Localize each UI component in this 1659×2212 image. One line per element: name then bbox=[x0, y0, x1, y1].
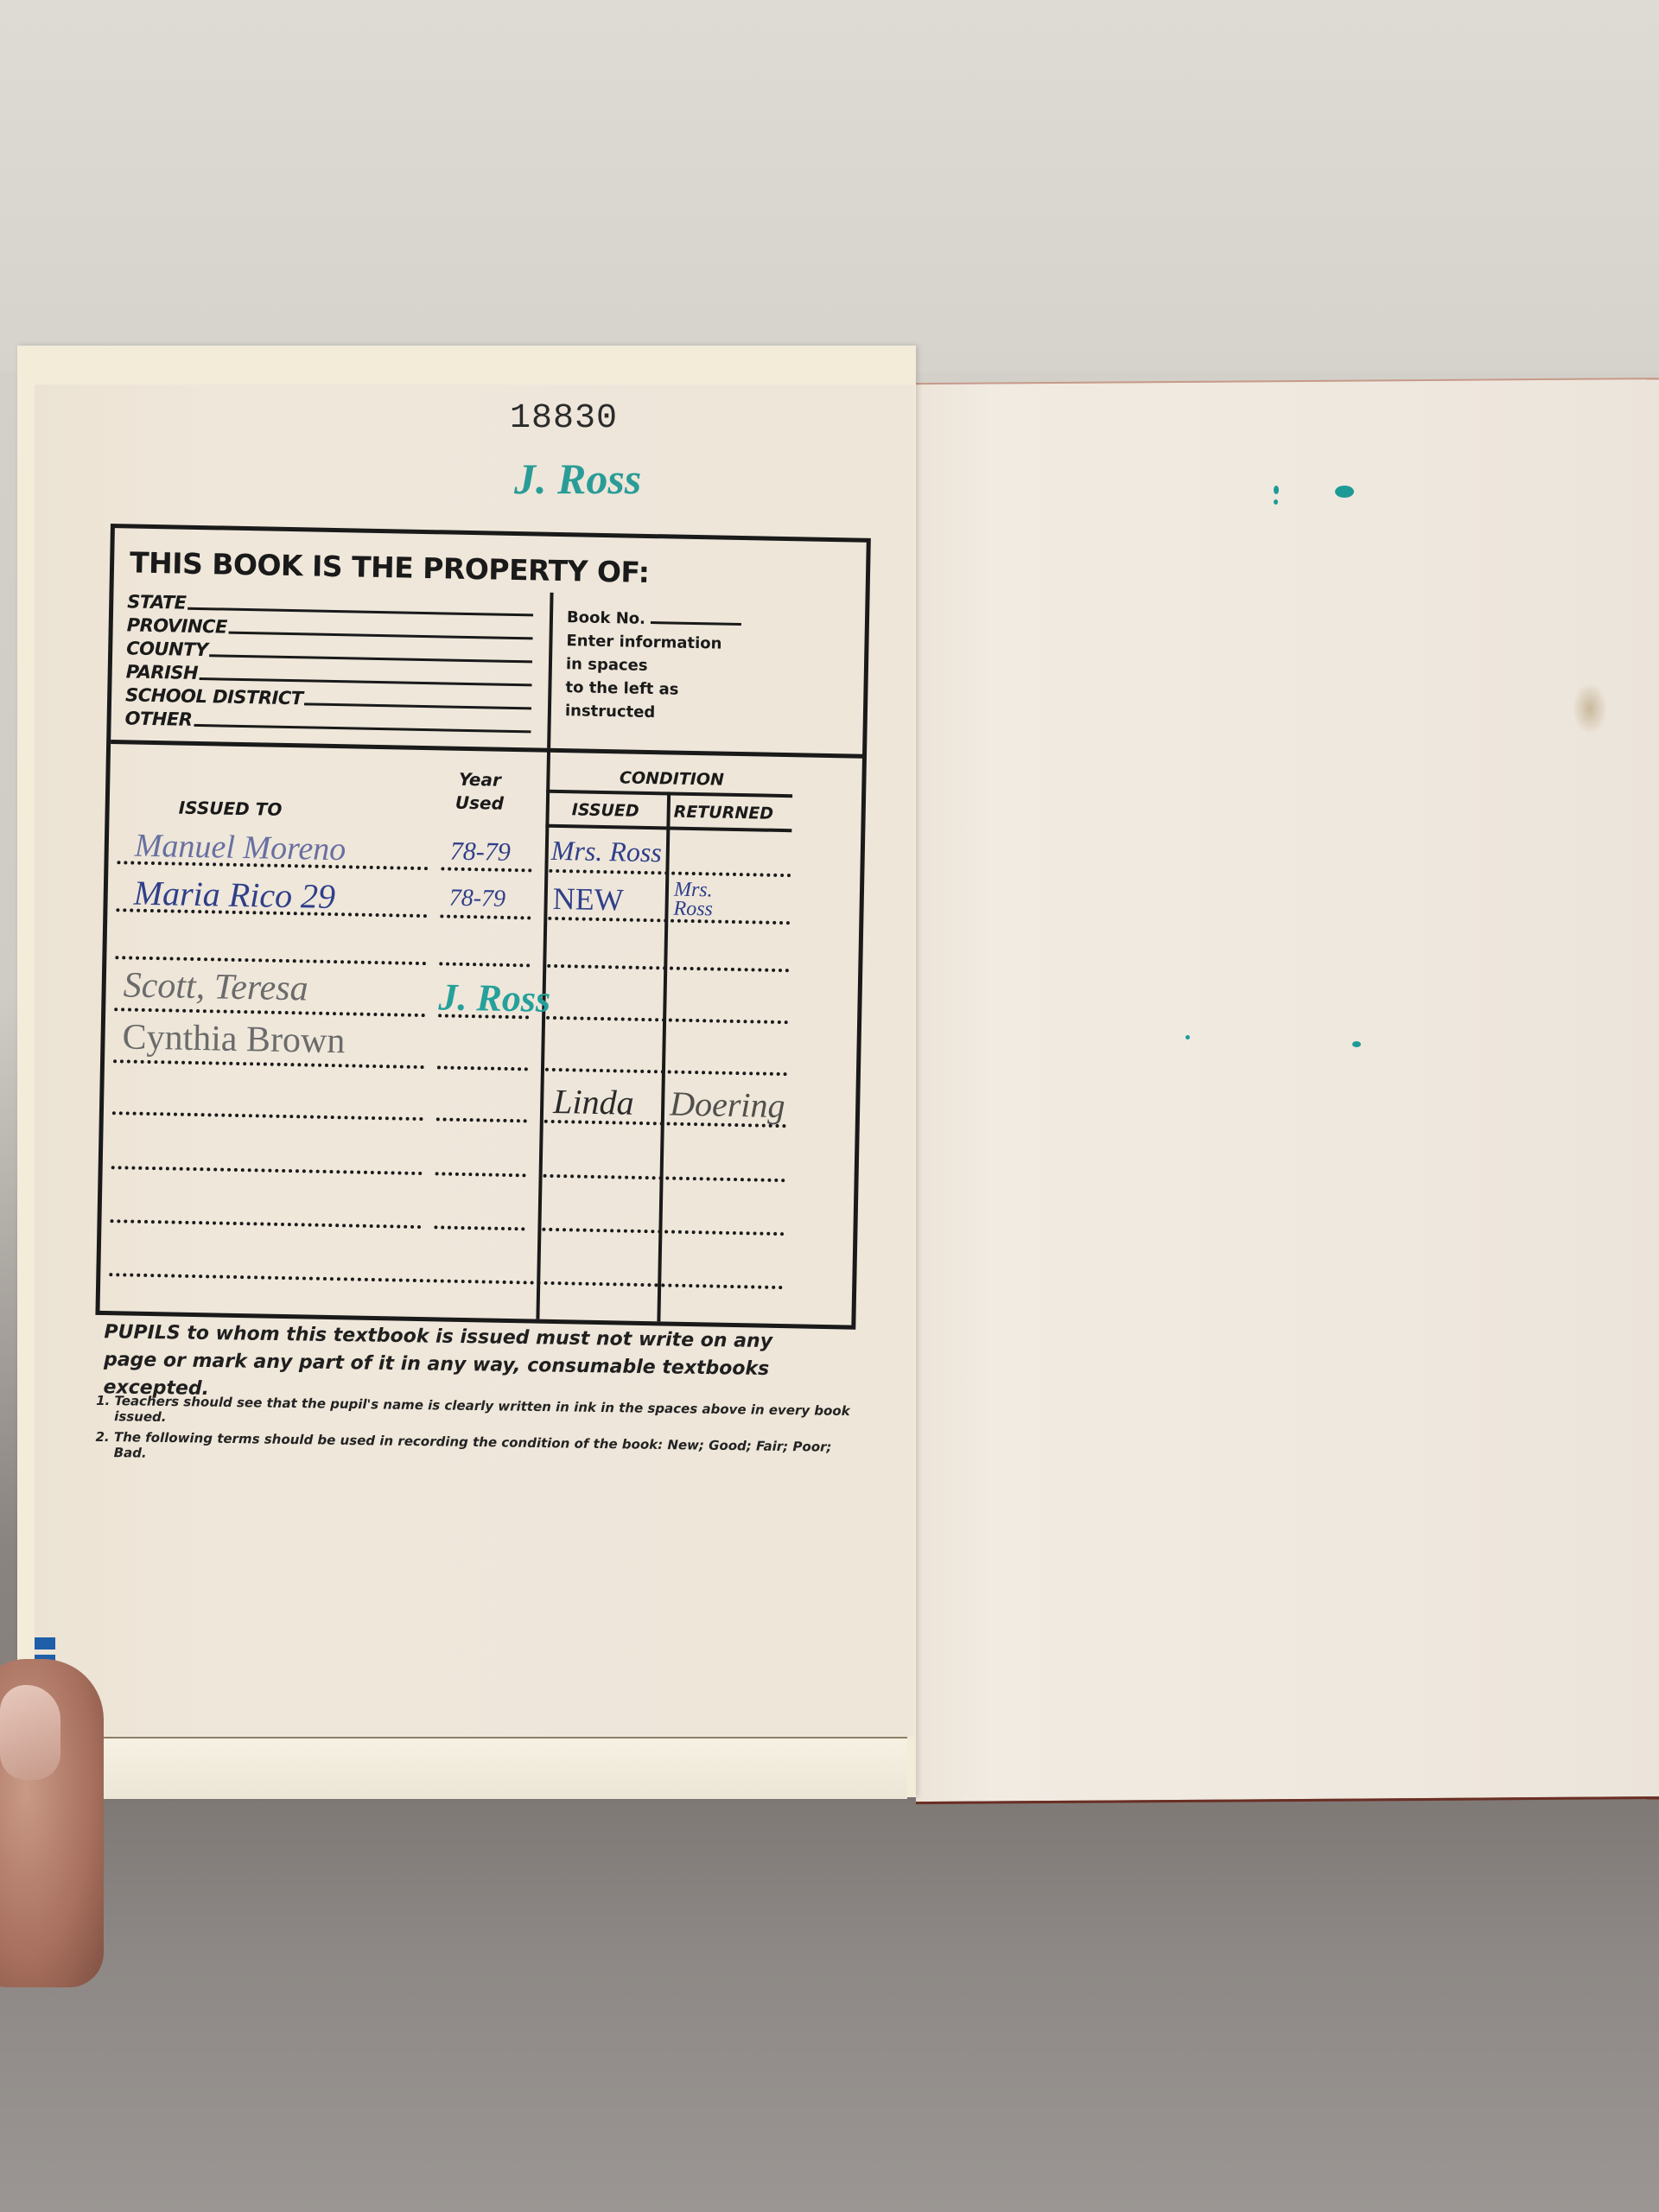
table-surface-shadow bbox=[0, 1780, 1659, 2212]
row-line bbox=[543, 1174, 785, 1182]
col-header-returned: RETURNED bbox=[674, 803, 774, 823]
property-fields: STATE PROVINCE COUNTY PARISH SCHOOL DIST… bbox=[124, 588, 533, 736]
stain-mark bbox=[1573, 683, 1607, 734]
form-title: THIS BOOK IS THE PROPERTY OF: bbox=[130, 545, 650, 589]
row-line bbox=[440, 914, 531, 919]
instruction-line: instructed bbox=[565, 699, 755, 726]
col-header-issued: ISSUED bbox=[572, 800, 639, 820]
cover-bottom-edge bbox=[95, 1737, 907, 1799]
owner-signature-stamp: J. Ross bbox=[514, 454, 641, 504]
entry-condition-issued: Linda bbox=[553, 1081, 634, 1123]
row-line bbox=[110, 1219, 421, 1229]
row-line bbox=[542, 1228, 784, 1236]
divider bbox=[547, 593, 553, 748]
book-no-label: Book No. bbox=[567, 608, 645, 628]
field-line bbox=[194, 724, 531, 733]
col-header-condition: CONDITION bbox=[546, 767, 797, 791]
entry-issued-to: Cynthia Brown bbox=[122, 1016, 346, 1062]
row-line bbox=[546, 1016, 788, 1024]
thumbnail-nail bbox=[0, 1685, 60, 1780]
right-endpaper bbox=[916, 378, 1659, 1804]
rule-item: The following terms should be used in re… bbox=[114, 1429, 857, 1471]
row-line bbox=[112, 1111, 423, 1121]
condition-header: CONDITION ISSUED RETURNED bbox=[545, 748, 862, 832]
row-line bbox=[436, 1117, 527, 1122]
instruction-line: to the left as bbox=[565, 676, 755, 702]
col-header-issued-to: ISSUED TO bbox=[178, 798, 282, 820]
row-line bbox=[441, 867, 531, 872]
entry-issued-to: Manuel Moreno bbox=[134, 827, 346, 869]
entry-issued-to: Scott, Teresa bbox=[123, 964, 308, 1009]
ink-speck bbox=[1274, 486, 1279, 494]
row-line bbox=[113, 1059, 424, 1069]
stock-number: 18830 bbox=[510, 399, 618, 438]
col-header-year-used: Year Used bbox=[455, 768, 505, 816]
instruction-line: in spaces bbox=[566, 652, 756, 679]
property-form: THIS BOOK IS THE PROPERTY OF: STATE PROV… bbox=[95, 524, 870, 1330]
ink-speck bbox=[1185, 1035, 1190, 1039]
row-line bbox=[115, 956, 426, 965]
book-no-line bbox=[651, 621, 741, 626]
row-line bbox=[435, 1172, 526, 1177]
row-line bbox=[437, 1065, 528, 1071]
entry-condition-issued: NEW bbox=[552, 880, 624, 918]
entry-year: 78-79 bbox=[449, 837, 511, 868]
entry-year: 78-79 bbox=[448, 885, 505, 913]
row-line bbox=[109, 1273, 783, 1289]
column-line bbox=[536, 748, 550, 1319]
row-line bbox=[545, 1068, 787, 1076]
entry-teacher-signature: J. Ross bbox=[438, 975, 551, 1020]
entry-condition-issued: Mrs. Ross bbox=[550, 835, 662, 868]
ink-speck bbox=[1274, 499, 1278, 505]
row-line bbox=[114, 1007, 425, 1017]
entry-condition-returned: Mrs. Ross bbox=[673, 880, 752, 920]
instruction-line: Enter information bbox=[566, 629, 756, 656]
ink-speck bbox=[1352, 1041, 1361, 1047]
ink-speck bbox=[1335, 486, 1354, 498]
row-line bbox=[548, 917, 790, 925]
row-line bbox=[549, 869, 791, 877]
row-line bbox=[434, 1225, 524, 1230]
book-number-box: Book No. Enter information in spaces to … bbox=[565, 606, 758, 726]
entry-condition-returned: Doering bbox=[670, 1084, 785, 1127]
row-line bbox=[547, 964, 789, 972]
row-line bbox=[111, 1166, 423, 1175]
row-line bbox=[439, 962, 530, 967]
table-surface bbox=[0, 0, 1659, 372]
entry-issued-to: Maria Rico 29 bbox=[133, 873, 335, 917]
teacher-rules: Teachers should see that the pupil's nam… bbox=[96, 1393, 857, 1476]
